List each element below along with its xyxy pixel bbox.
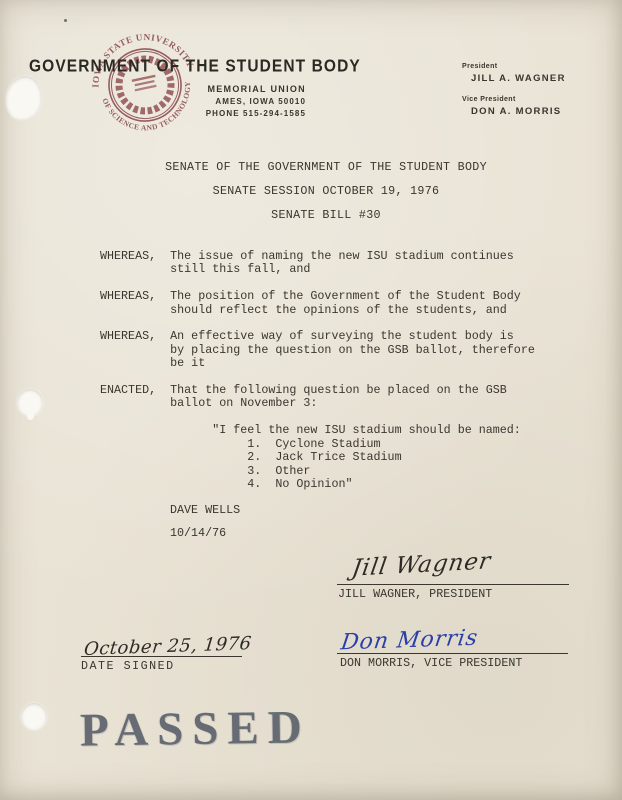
address-line: PHONE 515-294-1585 (140, 109, 306, 118)
signature-line (337, 584, 569, 585)
hole-punch-middle (17, 389, 43, 416)
president-typed-name: JILL WAGNER, PRESIDENT (338, 587, 492, 601)
sponsor-name: DAVE WELLS (170, 503, 240, 517)
vice-president-name: DON A. MORRIS (471, 106, 566, 117)
ink-speck (64, 19, 67, 22)
vice-president-typed-name: DON MORRIS, VICE PRESIDENT (340, 656, 522, 670)
document-heading: SENATE OF THE GOVERNMENT OF THE STUDENT … (100, 155, 552, 228)
hole-punch-bottom (21, 703, 47, 730)
date-signed-line (81, 656, 242, 657)
bill-body-text: WHEREAS, The issue of naming the new ISU… (100, 250, 535, 491)
president-label: President (462, 63, 566, 70)
date-signed-label: DATE SIGNED (81, 659, 175, 673)
passed-stamp: PASSED (80, 700, 311, 757)
sponsor-date: 10/14/76 (170, 526, 226, 540)
address-line: AMES, IOWA 50010 (140, 97, 306, 106)
signature-line (337, 653, 568, 654)
vice-president-signature: Don Morris (339, 626, 480, 656)
hole-punch-top (3, 74, 45, 123)
president-signature: Jill Wagner (350, 548, 493, 582)
address-line: MEMORIAL UNION (140, 84, 306, 94)
officers-block: President JILL A. WAGNER Vice President … (462, 63, 566, 129)
scanned-document-page: IOWA STATE UNIVERSITY OF SCIENCE AND TEC… (0, 0, 622, 800)
vice-president-label: Vice President (462, 96, 566, 103)
address-block: MEMORIAL UNION AMES, IOWA 50010 PHONE 51… (140, 84, 306, 121)
president-name: JILL A. WAGNER (471, 73, 566, 84)
